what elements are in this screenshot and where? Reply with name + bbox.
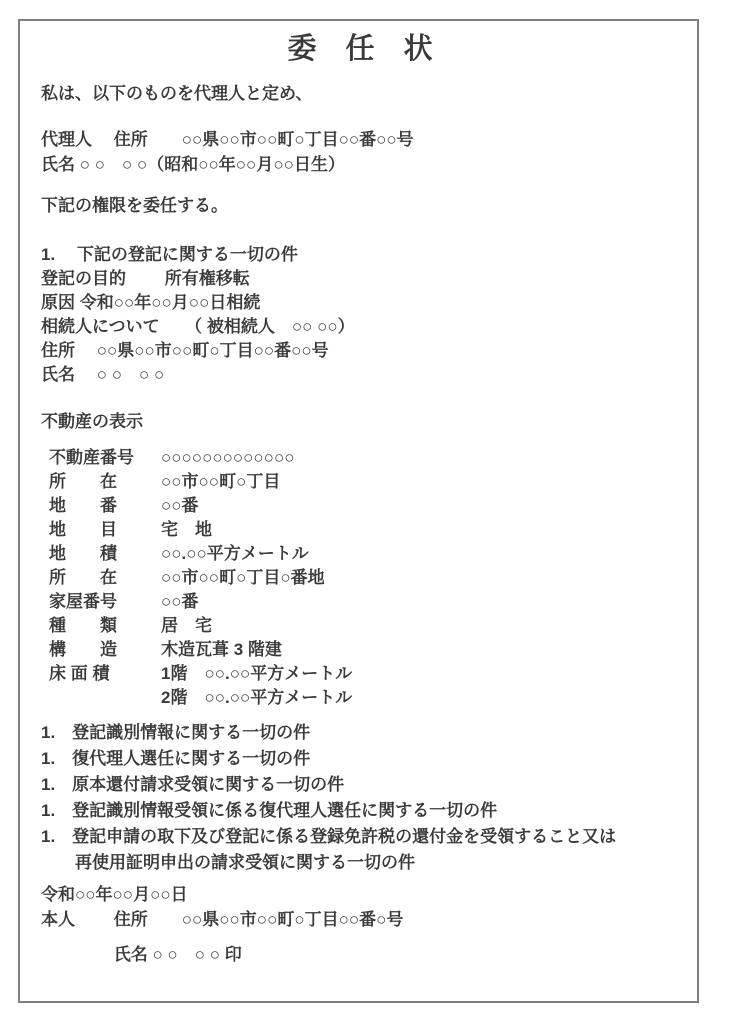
registration-purpose-line: 登記の目的 所有権移転 [41,267,679,291]
property-row: 構 造木造瓦葺 3 階建 [49,638,679,662]
property-label: 床 面 積 [49,662,161,686]
authority-items-list: 1. 登記識別情報に関する一切の件 1. 復代理人選任に関する一切の件 1. 原… [41,720,679,876]
property-row: 地 積○○.○○平方メートル [49,542,679,566]
property-label: 地 積 [49,542,161,566]
agent-address-line: 代理人 住所 ○○県○○市○○町○丁目○○番○○号 [41,127,679,152]
delegation-line: 下記の権限を委任する。 [41,193,679,218]
intro-line: 私は、以下のものを代理人と定め、 [41,81,679,106]
authority-item: 1. 登記識別情報に関する一切の件 [41,720,679,746]
property-value: ○○.○○平方メートル [161,542,309,566]
property-label: 所 在 [49,470,161,494]
property-row: 床 面 積1階 ○○.○○平方メートル [49,662,679,686]
property-value: 2階 ○○.○○平方メートル [161,686,352,710]
property-value: ○○○○○○○○○○○○○ [161,446,295,470]
screenshot-canvas: 委 任 状 私は、以下のものを代理人と定め、 代理人 住所 ○○県○○市○○町○… [0,0,735,1024]
authority-item: 1. 登記識別情報受領に係る復代理人選任に関する一切の件 [41,798,679,824]
property-label: 地 目 [49,518,161,542]
document-page: 委 任 状 私は、以下のものを代理人と定め、 代理人 住所 ○○県○○市○○町○… [18,19,699,1003]
heir-line: 相続人について （ 被相続人 ○○ ○○） [41,315,679,339]
property-row: 種 類居 宅 [49,614,679,638]
property-value: 木造瓦葺 3 階建 [161,638,282,662]
registration-cause-line: 原因 令和○○年○○月○○日相続 [41,291,679,315]
property-label: 不動産番号 [49,446,161,470]
property-row: 2階 ○○.○○平方メートル [49,686,679,710]
date-line: 令和○○年○○月○○日 [41,882,679,907]
property-row: 地 番○○番 [49,494,679,518]
authority-item: 1. 復代理人選任に関する一切の件 [41,746,679,772]
agent-name-line: 氏名 ○ ○ ○ ○（昭和○○年○○月○○日生） [41,152,679,177]
document-title: 委 任 状 [41,31,679,67]
property-label [49,686,161,710]
property-row: 所 在○○市○○町○丁目 [49,470,679,494]
principal-address-line: 本人 住所 ○○県○○市○○町○丁目○○番○号 [41,907,679,932]
authority-first-item: 1. 下記の登記に関する一切の件 [41,242,679,267]
principal-name-line: 氏名 ○ ○ ○ ○ 印 [41,942,679,967]
property-table: 不動産番号○○○○○○○○○○○○○ 所 在○○市○○町○丁目 地 番○○番 地… [49,446,679,710]
property-value: ○○番 [161,494,199,518]
authority-item: 1. 原本還付請求受領に関する一切の件 [41,772,679,798]
property-value: ○○番 [161,590,199,614]
property-label: 構 造 [49,638,161,662]
heir-address-line: 住所 ○○県○○市○○町○丁目○○番○○号 [41,339,679,363]
property-row: 家屋番号○○番 [49,590,679,614]
property-label: 所 在 [49,566,161,590]
property-label: 種 類 [49,614,161,638]
property-value: ○○市○○町○丁目 [161,470,280,494]
property-heading: 不動産の表示 [41,409,679,434]
property-row: 不動産番号○○○○○○○○○○○○○ [49,446,679,470]
heir-name-line: 氏名 ○ ○ ○ ○ [41,363,679,387]
authority-item: 1. 登記申請の取下及び登記に係る登録免許税の還付金を受領すること又は [41,824,679,850]
property-label: 地 番 [49,494,161,518]
property-value: 居 宅 [161,614,212,638]
authority-item-continuation: 再使用証明申出の請求受領に関する一切の件 [41,850,679,876]
property-row: 所 在○○市○○町○丁目○番地 [49,566,679,590]
property-value: 宅 地 [161,518,212,542]
property-value: 1階 ○○.○○平方メートル [161,662,352,686]
property-row: 地 目宅 地 [49,518,679,542]
property-value: ○○市○○町○丁目○番地 [161,566,325,590]
property-label: 家屋番号 [49,590,161,614]
